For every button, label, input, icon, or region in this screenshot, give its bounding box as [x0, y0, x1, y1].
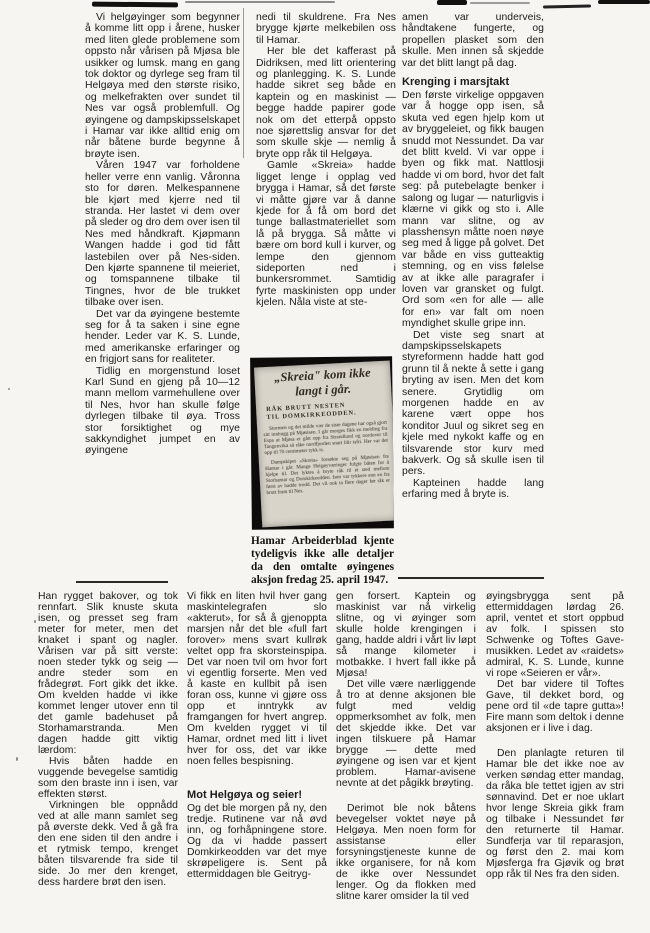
clipping-paragraph: Dampskipet «Skreia» forsøkte seg på Mjøs…	[265, 454, 391, 496]
paragraph: Den første virkelige oppgaven var å hogg…	[402, 90, 544, 330]
scan-artifact	[470, 2, 530, 4]
top-column-1: Vi helgøyinger som begynner å komme litt…	[85, 12, 240, 580]
bottom-column-3: gen forsert. Kaptein og maskinist var nå…	[336, 591, 476, 931]
scan-artifact-vertical	[243, 8, 244, 158]
top-column-3: amen var underveis, håndtakene fungerte,…	[402, 12, 544, 578]
bottom-column-1: Han rygget bakover, og tok rennfart. Sli…	[38, 591, 178, 931]
clipping-paragraph: Stormen og det milde vær de siste dagene…	[263, 420, 388, 456]
clipping-headline: „Skreia" kom ikke langt i går.	[260, 365, 385, 400]
paragraph: amen var underveis, håndtakene fungerte,…	[402, 12, 544, 69]
scan-artifact	[92, 2, 178, 7]
paragraph: Hvis båten hadde en vuggende bevegelse s…	[38, 756, 178, 800]
scan-speck	[16, 757, 18, 761]
scan-artifact	[598, 0, 650, 4]
paragraph: Det bar videre til Toftes Gave, til dekk…	[486, 679, 624, 734]
paragraph: Vi helgøyinger som begynner å komme litt…	[85, 12, 240, 160]
section-heading-mot-helgoya: Mot Helgøya og seier!	[187, 789, 327, 801]
scan-artifact	[185, 1, 335, 3]
divider-rule-left	[76, 581, 168, 583]
newspaper-clipping-photo: „Skreia" kom ikke langt i går. RÅK BRUTT…	[250, 356, 394, 529]
bottom-column-2: Vi fikk en liten hvil hver gang maskinte…	[187, 591, 327, 931]
paragraph: Det viste seg snart at dampskipsselskape…	[402, 330, 544, 478]
paragraph: Og det ble morgen på ny, den tredje. Rut…	[187, 803, 327, 880]
paragraph: Virkningen ble oppnådd ved at alle mann …	[38, 800, 178, 888]
scan-speck	[34, 620, 36, 623]
paragraph: Det ville være nærliggende å tro at denn…	[336, 679, 476, 789]
clipping-subhead: RÅK BRUTT NESTEN TIL DOMKIRKEODDEN.	[266, 400, 387, 422]
paragraph: Våren 1947 var forholdene heller verre e…	[85, 160, 240, 308]
top-column-2: nedi til skuldrene. Fra Nes brygge kjørt…	[256, 12, 396, 356]
paragraph: Her ble det kafferast på Didriksen, med …	[256, 46, 396, 160]
paragraph: gen forsert. Kaptein og maskinist var nå…	[336, 591, 476, 679]
bottom-column-4: øyingsbrygga sent på ettermiddagen lørda…	[486, 591, 624, 931]
clipping-caption: Hamar Arbeiderblad kjente tydeligvis ikk…	[251, 535, 394, 587]
paragraph: Kapteinen hadde lang erfaring med å bryt…	[402, 478, 544, 501]
clipping-headline-line2: langt i går.	[295, 381, 352, 398]
paragraph: øyingsbrygga sent på ettermiddagen lørda…	[486, 591, 624, 679]
paragraph: Det var da øyingene bestemte seg for å t…	[85, 309, 240, 366]
scan-speck	[8, 388, 10, 390]
clipping-body: Stormen og det milde vær de siste dagene…	[263, 420, 390, 496]
divider-rule-right	[398, 577, 544, 579]
paragraph: Vi fikk en liten hvil hver gang maskinte…	[187, 591, 327, 767]
paragraph: Derimot ble nok båtens bevegelser voktet…	[336, 803, 476, 902]
scanned-book-page: Vi helgøyinger som begynner å komme litt…	[0, 0, 650, 933]
paragraph: Den planlagte returen til Hamar ble det …	[486, 748, 624, 880]
clipping-paper: „Skreia" kom ikke langt i går. RÅK BRUTT…	[254, 361, 394, 528]
paragraph: Tidlig en morgenstund loset Karl Sund en…	[85, 366, 240, 457]
scan-artifact	[437, 0, 467, 5]
section-heading-krenging: Krenging i marsjtakt	[402, 76, 544, 88]
paragraph: Han rygget bakover, og tok rennfart. Sli…	[38, 591, 178, 756]
scan-artifact	[543, 4, 591, 8]
paragraph: Gamle «Skreia» hadde ligget lenge i oppl…	[256, 160, 396, 308]
paragraph: nedi til skuldrene. Fra Nes brygge kjørt…	[256, 12, 396, 46]
